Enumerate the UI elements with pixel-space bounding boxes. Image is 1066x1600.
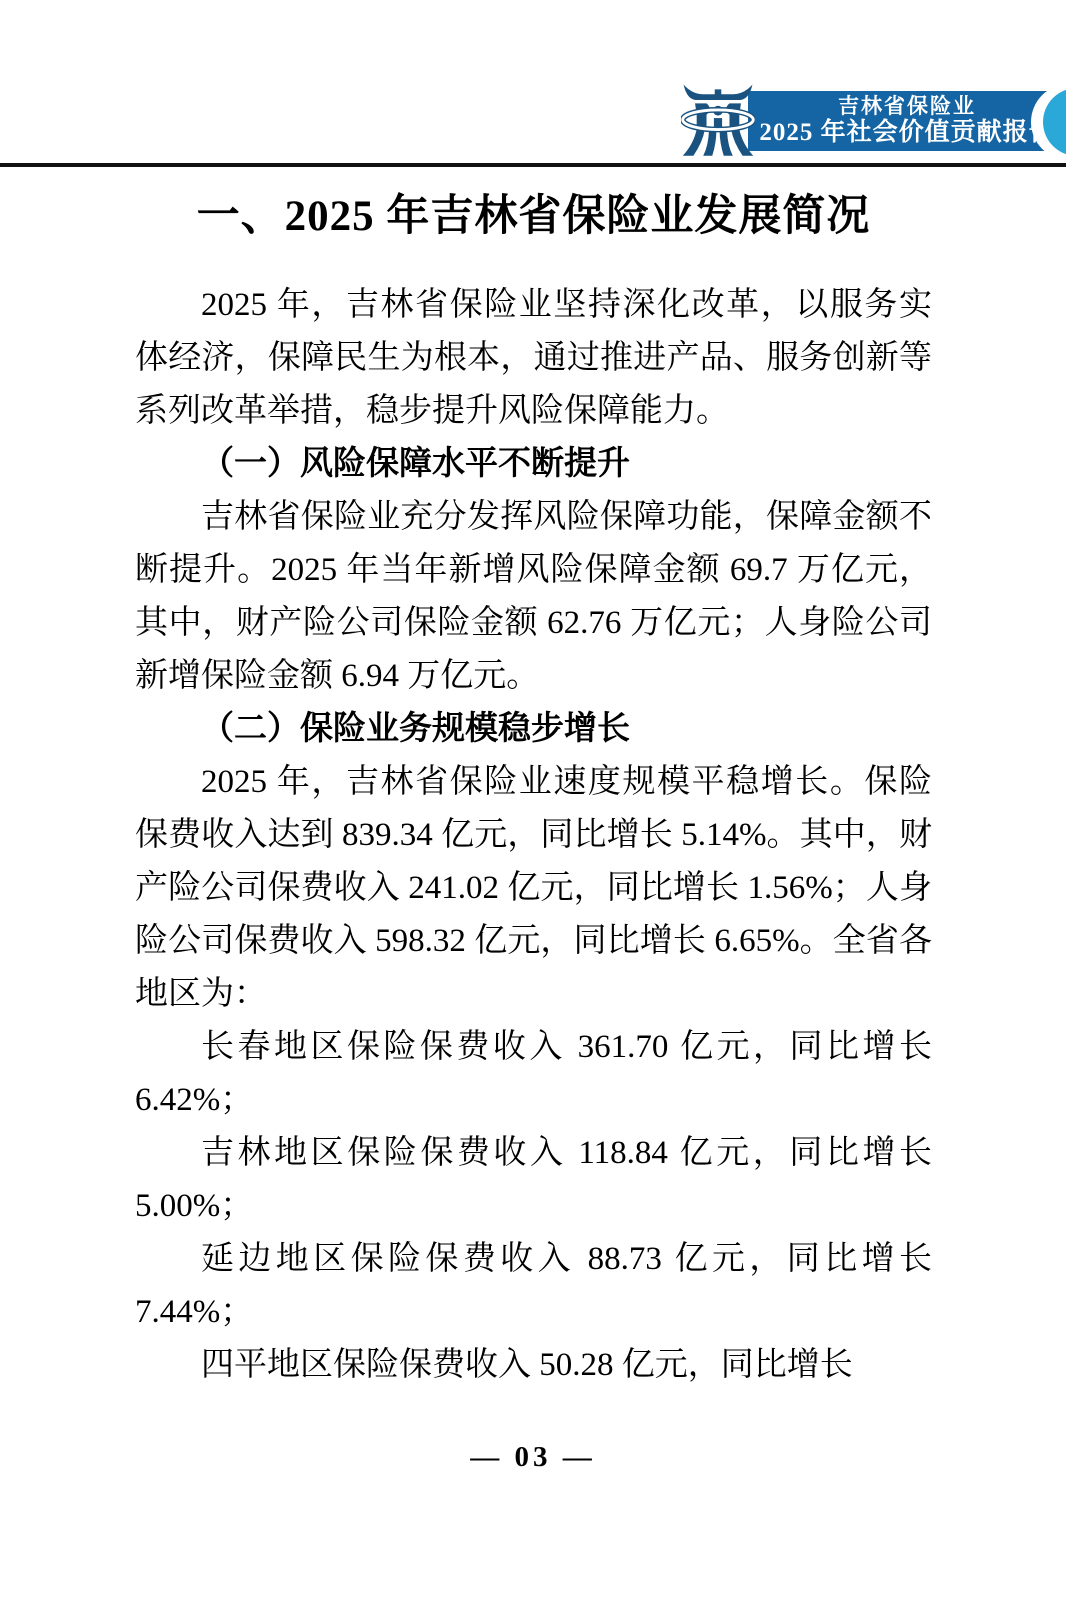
section-heading: （一）风险保障水平不断提升: [135, 438, 932, 491]
banner-title-line2: 2025 年社会价值贡献报告: [748, 119, 1066, 147]
page-title: 一、2025 年吉林省保险业发展简况: [135, 182, 932, 243]
sections-container: 2025 年，吉林省保险业坚持深化改革，以服务实体经济，保障民生为根本，通过推进…: [135, 279, 932, 1392]
banner-title-line1: 吉林省保险业: [748, 95, 1066, 119]
jilin-insurance-gate-logo-icon: [681, 82, 755, 164]
body-paragraph: 2025 年，吉林省保险业速度规模平稳增长。保险保费收入达到 839.34 亿元…: [135, 756, 932, 1021]
header-divider: [0, 163, 1066, 167]
body-paragraph: 四平地区保险保费收入 50.28 亿元，同比增长: [135, 1339, 932, 1392]
body-paragraph: 长春地区保险保费收入 361.70 亿元，同比增长 6.42%；: [135, 1021, 932, 1127]
body-paragraph: 2025 年，吉林省保险业坚持深化改革，以服务实体经济，保障民生为根本，通过推进…: [135, 279, 932, 438]
report-page: 吉林省保险业 2025 年社会价值贡献报告: [0, 0, 1066, 1600]
page-number: — 03 —: [0, 1441, 1066, 1474]
body-paragraph: 吉林地区保险保费收入 118.84 亿元，同比增长 5.00%；: [135, 1127, 932, 1233]
header-banner: 吉林省保险业 2025 年社会价值贡献报告: [748, 91, 1066, 151]
body-paragraph: 延边地区保险保费收入 88.73 亿元，同比增长 7.44%；: [135, 1233, 932, 1339]
document-body: 一、2025 年吉林省保险业发展简况 2025 年，吉林省保险业坚持深化改革，以…: [135, 182, 932, 1392]
section-heading: （二）保险业务规模稳步增长: [135, 703, 932, 756]
body-paragraph: 吉林省保险业充分发挥风险保障功能，保障金额不断提升。2025 年当年新增风险保障…: [135, 491, 932, 703]
